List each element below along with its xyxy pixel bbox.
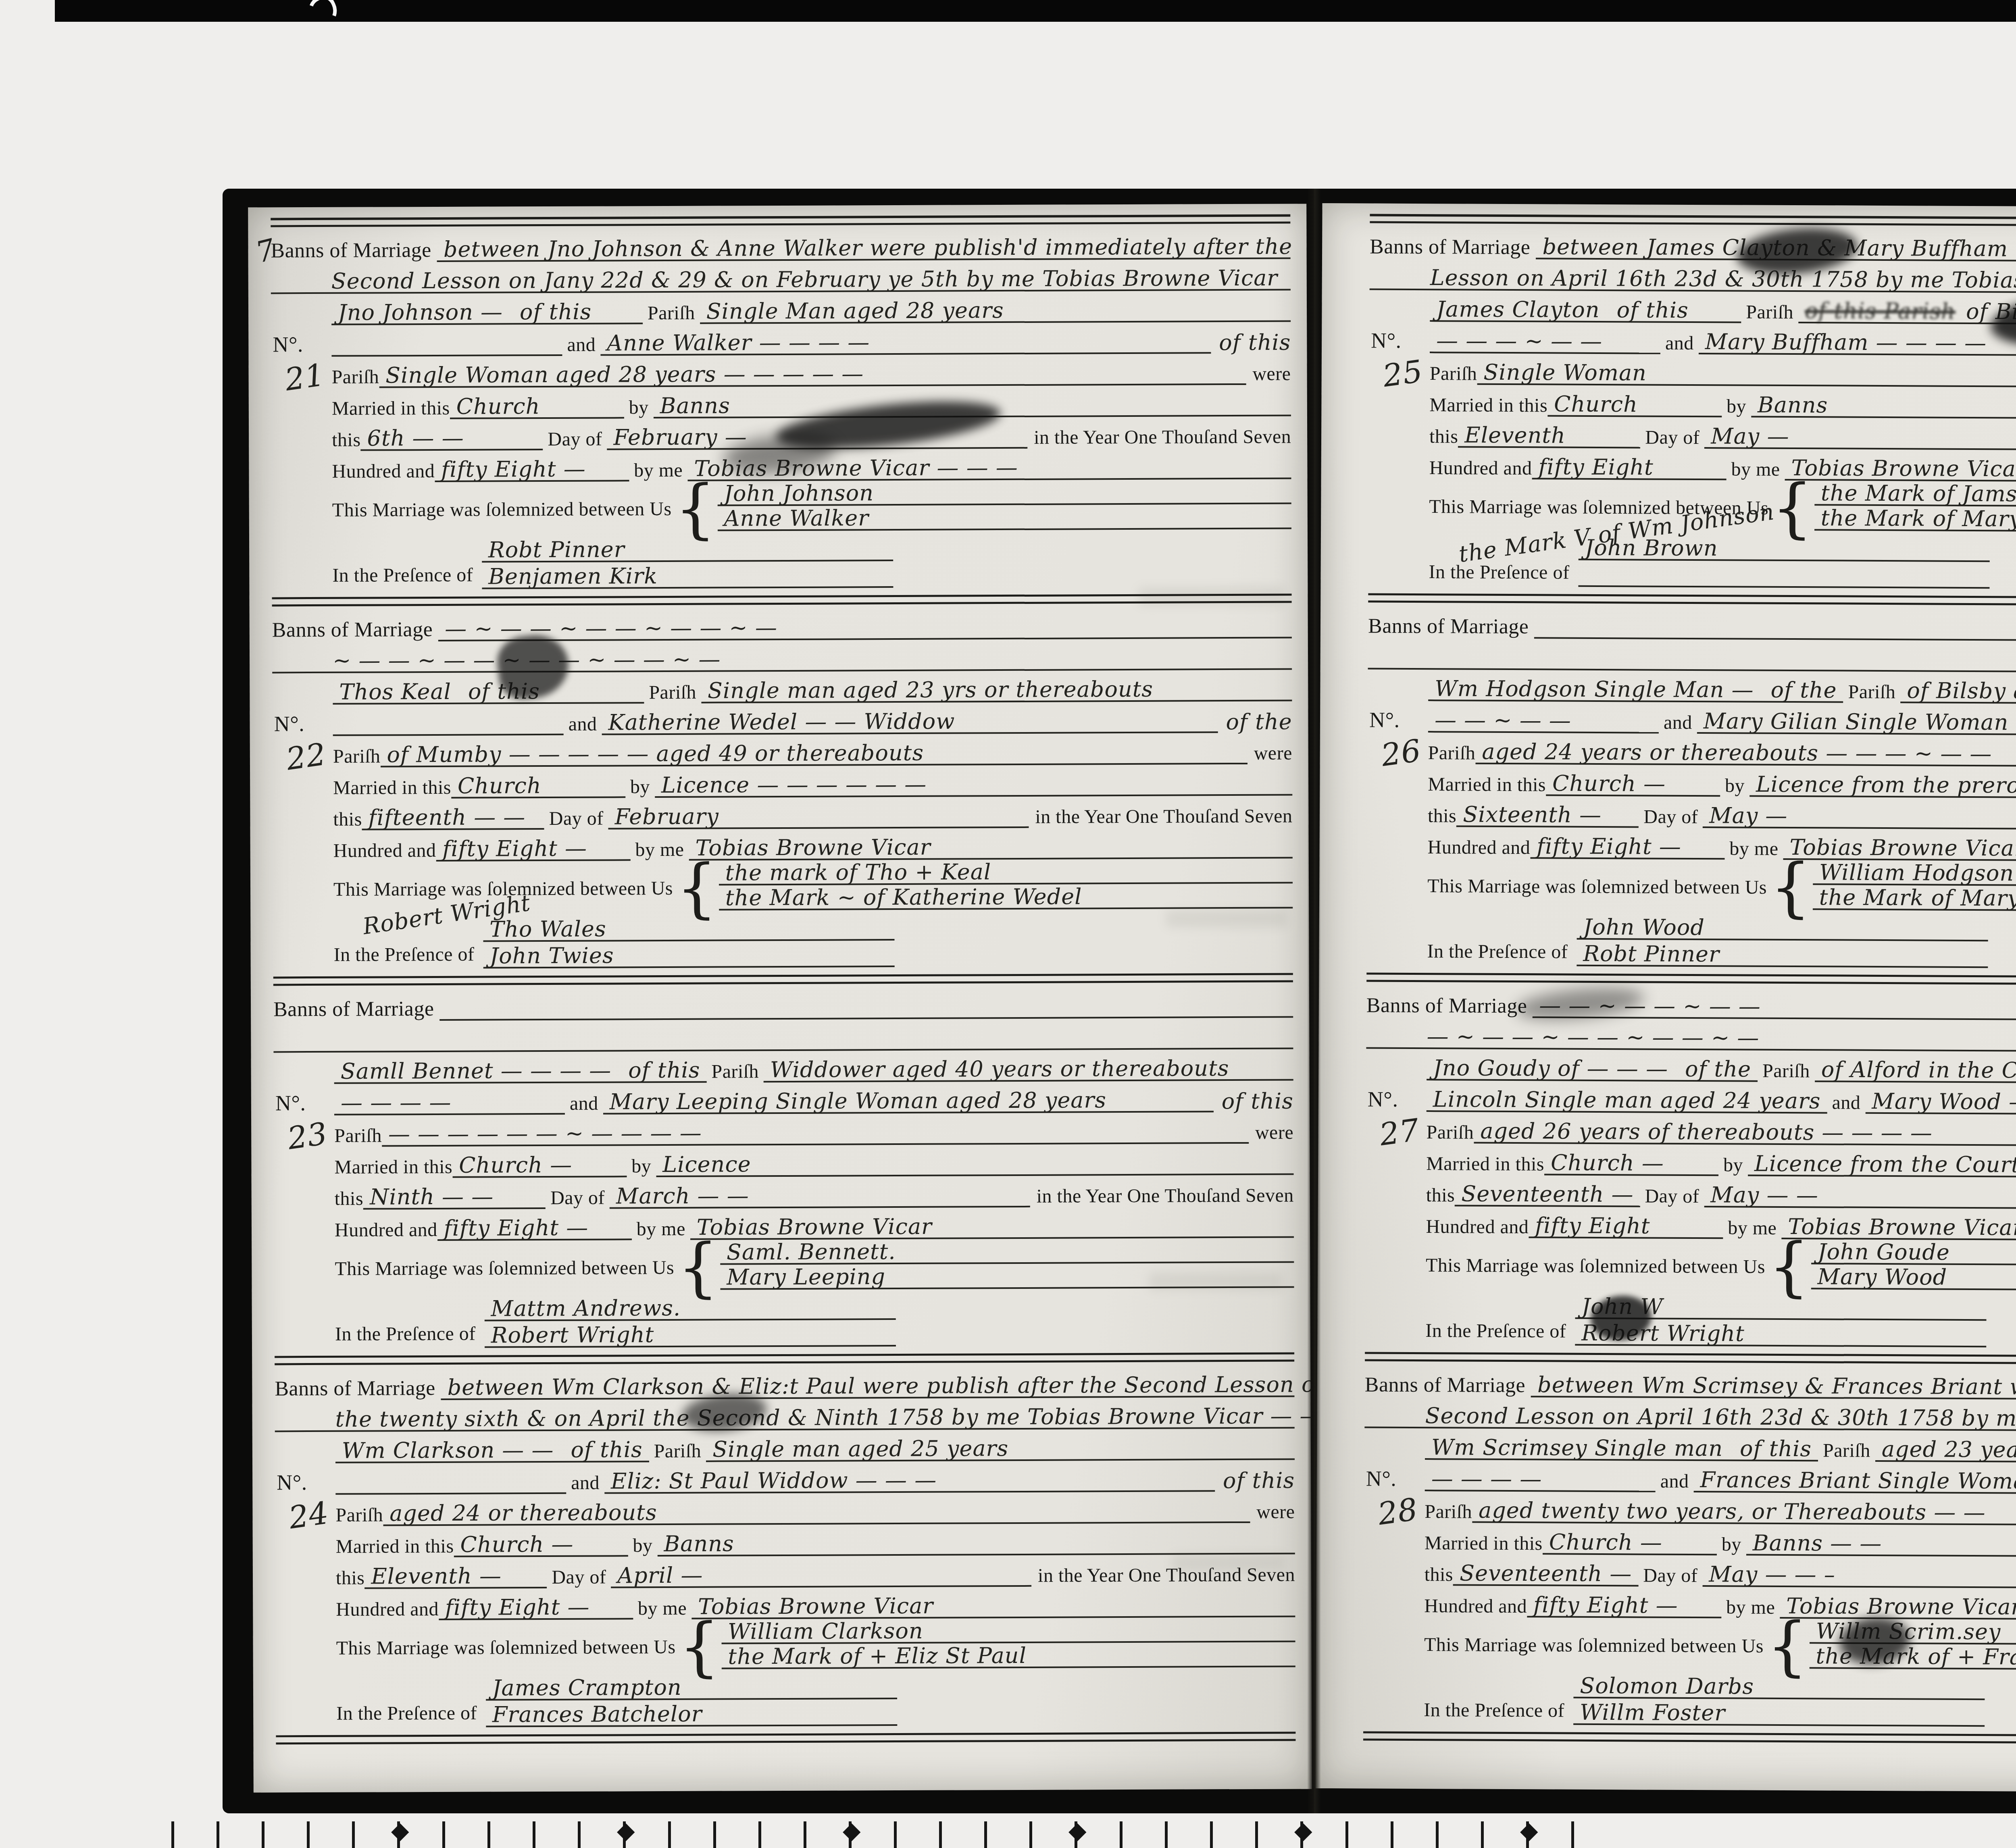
banns-of-marriage-label: Banns of Marriage <box>273 997 440 1021</box>
year-tens-line: fifty Eight — <box>1527 1592 1721 1618</box>
were-label: were <box>1246 363 1291 385</box>
parish-row: Pariſh of Mumby — — — — — aged 49 or the… <box>333 735 1292 768</box>
and-label: and <box>1659 712 1697 734</box>
parish-label: Pariſh <box>335 1504 383 1526</box>
bride-line-prefix: — — ~ — — <box>1435 707 1571 733</box>
witness-lines: Mattm Andrews. Robert Wright <box>484 1296 896 1351</box>
solemnized-label: This Marriage was ſolemnized between Us <box>335 1256 674 1280</box>
church-line: Church — <box>454 1531 628 1557</box>
solemnized-block: This Marriage was ſolemnized between Us … <box>1427 861 2016 915</box>
groom-name-line: Wm Clarkson — —of this <box>335 1437 649 1463</box>
bride-prefix-line: — — — — <box>1425 1466 1656 1492</box>
bride-name-line: Mary Wood — Single Woman <box>1865 1088 2016 1116</box>
day-row: this Seventeenth — Day of May — — – in t… <box>1425 1557 2016 1590</box>
groom-description-line: of this Parishof Bilsby Widdower <box>1798 298 2016 326</box>
witness-1-signature: James Crampton <box>492 1675 682 1701</box>
married-in-this-label: Married in this <box>1425 1532 1543 1555</box>
witness-2-row: John Twies <box>483 943 894 969</box>
groom-name-line: Wm Scrimsey Single manof this <box>1425 1434 1818 1461</box>
groom-signature: John Johnson <box>724 480 874 506</box>
year-tens-line: fifty Eight — <box>437 1215 632 1241</box>
marriage-entry: N°. 26 Banns of Marriage Wm Hodgson Sing… <box>1366 609 2016 986</box>
married-row: Married in this Church by Banns <box>332 387 1291 420</box>
page-top-rule <box>271 214 1290 227</box>
register-page-right: 8 N°. 25 Banns of Marriage between James… <box>1315 203 2016 1793</box>
this-label: this <box>1428 805 1457 827</box>
banns-row-2: ~ — — ~ — — ~ — — ~ — — ~ — <box>272 641 1292 674</box>
church-text: Church — <box>460 1532 573 1557</box>
groom-row: James Claytonof this Pariſh of this Pari… <box>1430 293 2016 326</box>
solemnized-label: This Marriage was ſolemnized between Us <box>332 497 672 521</box>
ruler-diamond-mark: ◆ <box>1068 1817 1087 1844</box>
month-text: February — <box>613 424 747 450</box>
witness-2-line: Robert Wright <box>485 1321 896 1348</box>
groom-description: Single Man aged 28 years <box>706 298 1004 324</box>
witness-1-row: Tho Wales <box>483 916 894 942</box>
this-label: this <box>336 1567 365 1589</box>
banns-line-2: the twenty sixth & on April the Second &… <box>275 1403 1295 1432</box>
witness-1-row: Mattm Andrews. <box>484 1296 896 1321</box>
vicar-signature: Tobias Browne Vicar <box>1791 455 2016 482</box>
bride-name: Eliz: St Paul Widdow — — — <box>611 1467 937 1494</box>
solemnized-block: This Marriage was ſolemnized between Us … <box>332 482 1291 535</box>
groom-signature-row: Saml. Bennett. <box>720 1240 1294 1265</box>
year-tens-line: fifty Eight <box>1532 454 1726 480</box>
hundred-row: Hundred and fifty Eight — by me Tobias B… <box>335 1209 1294 1241</box>
parish-description: aged twenty two years, or Thereabouts — … <box>1479 1498 1986 1525</box>
witness-1-signature: Mattm Andrews. <box>491 1295 681 1321</box>
entry-number-block: N°. 28 <box>1366 1466 1418 1530</box>
banns-row-2 <box>1368 640 2016 674</box>
hundred-and-label: Hundred and <box>333 839 436 862</box>
witness-2-row: Frances Batchelor <box>486 1702 897 1727</box>
entry-form-rows: Jno Goudy of — — —of the Pariſh of Alfor… <box>1425 1051 2016 1352</box>
bride-row: and Anne Walker — — — — of this <box>331 325 1291 357</box>
witness-block: In the Preſence of Mattm Andrews. Robert… <box>335 1294 1294 1351</box>
and-label: and <box>565 1093 603 1115</box>
parish-description: Single Woman aged 28 years — — — — — <box>385 361 864 388</box>
and-label: and <box>566 1472 604 1494</box>
married-in-this-label: Married in this <box>1426 1153 1544 1175</box>
solemnized-block: This Marriage was ſolemnized between Us … <box>335 1240 1294 1294</box>
married-row: Married in this Church by Licence — — — … <box>333 767 1292 799</box>
entry-separator <box>273 973 1293 986</box>
register-page-left: 7 N°. 21 Banns of Marriage between Jno J… <box>248 204 1312 1792</box>
parish-row: Pariſh aged 24 years or thereabouts — — … <box>1428 735 2016 768</box>
ruler-diamond-mark: ◆ <box>1294 1817 1312 1844</box>
witness-1-row: Robt Pinner <box>482 537 893 563</box>
hundred-row: Hundred and fifty Eight — by me Tobias B… <box>333 830 1293 862</box>
groom-description-line: of Alford in the County of <box>1815 1057 2016 1084</box>
day-text: 6th — — <box>367 425 464 451</box>
entry-number-block: N°. 22 <box>274 711 326 774</box>
entry-number-block: N°. 25 <box>1371 328 1423 391</box>
church-text: Church <box>1554 391 1638 417</box>
by-means-line: Licence from the Court of Lincoln <box>1748 1151 2016 1179</box>
brace-glyph: { <box>675 485 716 533</box>
groom-name: James Clayton <box>1436 296 1599 323</box>
bride-name-line: Frances Briant Single Woman — <box>1693 1467 2016 1495</box>
entry-number-label: N°. <box>275 1091 306 1115</box>
groom-signature-line: the mark of Tho + Keal <box>719 858 1293 886</box>
bride-signature-row: the Mark ~ of Katherine Wedel <box>719 886 1293 911</box>
parish-description-line: — — — — — — ~ — — — — <box>382 1118 1249 1147</box>
parish-description-line: aged 24 years or thereabouts — — — ~ — — <box>1475 739 2016 768</box>
entry-number-label: N°. <box>1366 1466 1397 1490</box>
bride-row: and Eliz: St Paul Widdow — — — of this <box>335 1463 1295 1495</box>
parish-label: Pariſh <box>1843 681 1901 703</box>
by-means-text: Licence <box>662 1151 751 1177</box>
by-me-label: by me <box>1723 1217 1781 1239</box>
parish-label: Pariſh <box>1426 1121 1474 1144</box>
microfilm-scan: 7 N°. 21 Banns of Marriage between Jno J… <box>0 0 2016 1848</box>
day-row: this Eleventh Day of May — in the Year O… <box>1429 418 2016 452</box>
bride-signature: the Mark of Mary + Gilian <box>1819 884 2016 911</box>
and-label: and <box>564 713 602 735</box>
year-tens-line: fifty Eight <box>1529 1213 1723 1239</box>
banns-row-1: Banns of Marriage between Wm Scrimsey & … <box>1365 1367 2016 1401</box>
year-label: in the Year One Thouſand Seven <box>1030 1184 1294 1207</box>
banns-row-2: Lesson on April 16th 23d & 30th 1758 by … <box>1370 261 2016 294</box>
witness-2-signature: John Twies <box>489 943 614 968</box>
presence-label: In the Preſence of <box>1427 940 1568 963</box>
bride-name: Mary Gilian Single Woman — <box>1704 708 2016 735</box>
by-me-label: by me <box>629 459 687 482</box>
married-in-this-label: Married in this <box>336 1535 454 1558</box>
banns-of-marriage-label: Banns of Marriage <box>1370 235 1536 259</box>
month-text: March — — <box>616 1183 749 1209</box>
month-text: May — <box>1709 803 1787 828</box>
vicar-signature: Tobias Browne Vicar <box>1789 835 2016 861</box>
banns-of-marriage-label: Banns of Marriage <box>272 618 439 642</box>
entry-number: 22 <box>284 736 328 777</box>
banns-line-1: between Wm Scrimsey & Frances Briant wer… <box>1531 1372 2016 1401</box>
witness-1-signature: John Wood <box>1583 914 1705 940</box>
parish-description-line: aged 26 years of thereabouts — — — — <box>1474 1118 2016 1148</box>
groom-description-line: Widdower aged 40 years or thereabouts <box>764 1055 1293 1083</box>
bride-signature-row: the Mark of + Francis Briant <box>1809 1646 2016 1671</box>
church-line: Church <box>1547 391 1722 417</box>
parish-label: Pariſh <box>334 1124 382 1147</box>
solemnized-lines: William Clarkson the Mark of + Eliz St P… <box>721 1620 1295 1672</box>
witness-2-line: Willm Foster <box>1573 1700 1985 1727</box>
groom-signature: John Goude <box>1818 1239 1950 1265</box>
groom-signature: William Hodgson <box>1819 859 2014 886</box>
day-of-label: Day of <box>544 807 608 830</box>
entries-column-right: N°. 25 Banns of Marriage between James C… <box>1363 229 2016 1745</box>
entry-separator <box>1368 593 2016 607</box>
groom-name: Jno Johnson — <box>338 299 503 325</box>
groom-of-word: of this <box>628 1057 700 1083</box>
groom-signature-row: William Clarkson <box>721 1620 1295 1644</box>
vicar-signature: Tobias Browne Vicar — — <box>1788 1214 2016 1240</box>
banns-line-2: — ~ — — ~ — — ~ — — ~ — <box>1366 1023 2016 1053</box>
bride-row: — — ~ — — and Mary Gilian Single Woman —… <box>1428 703 2016 737</box>
year-tens-text: fifty Eight — <box>441 456 586 482</box>
hundred-and-label: Hundred and <box>1428 836 1531 859</box>
witness-2-row: Benjamen Kirk <box>482 564 893 589</box>
bride-name-line: Mary Buffham — — — — <box>1699 329 2016 357</box>
groom-row: Thos Kealof this Pariſh Single man aged … <box>333 672 1292 705</box>
bride-name-line: Eliz: St Paul Widdow — — — <box>604 1466 1215 1494</box>
entry-separator <box>1365 1352 2016 1365</box>
church-text: Church — <box>1552 770 1666 796</box>
solemnized-label: This Marriage was ſolemnized between Us <box>1426 1254 1765 1278</box>
bride-signature-line: Anne Walker <box>717 504 1291 531</box>
church-line: Church <box>451 772 625 799</box>
presence-label: In the Preſence of <box>335 1323 476 1345</box>
witness-1-row: James Crampton <box>486 1675 897 1701</box>
groom-signature-row: John Goude <box>1811 1242 2016 1267</box>
bride-line-prefix: Lincoln Single man aged 24 years <box>1433 1086 1821 1113</box>
bride-signature-line: the Mark of Mary + Buffham <box>1814 505 2016 533</box>
were-label: were <box>1250 1501 1295 1523</box>
witness-1-line: Solomon Darbs <box>1573 1673 1985 1700</box>
entry-separator <box>1363 1731 2016 1745</box>
solemnized-label: This Marriage was ſolemnized between Us <box>1424 1634 1764 1657</box>
month-text: May — <box>1711 423 1789 449</box>
vicar-line: Tobias Browne Vicar <box>691 1592 1295 1619</box>
banns-row-1: Banns of Marriage — — ~ — — ~ — — <box>1366 988 2016 1022</box>
church-line: Church — <box>1544 1150 1718 1176</box>
entry-number-label: N°. <box>1368 1087 1398 1111</box>
parish-label: Pariſh <box>1425 1500 1472 1523</box>
church-text: Church <box>456 393 540 419</box>
parish-description: aged 24 years or thereabouts — — — ~ — — <box>1482 739 1992 767</box>
entry-number-label: N°. <box>1371 328 1402 352</box>
hundred-and-label: Hundred and <box>336 1598 439 1621</box>
vicar-signature: Tobias Browne Vicar <box>695 835 931 861</box>
bride-name-line: Mary Gilian Single Woman — <box>1697 708 2016 737</box>
church-line: Church — <box>1546 770 1720 797</box>
bride-signature: the Mark ~ of Katherine Wedel <box>725 884 1082 910</box>
entry-form-rows: Wm Clarkson — —of this Pariſh Single man… <box>335 1431 1296 1730</box>
witness-2-row: Willm Foster <box>1573 1701 1985 1727</box>
and-label: and <box>1660 332 1699 354</box>
witness-1-signature: Tho Wales <box>489 916 606 942</box>
groom-row: Wm Scrimsey Single manof this Pariſh age… <box>1425 1431 2016 1464</box>
solemnized-block: This Marriage was ſolemnized between Us … <box>1426 1240 2016 1294</box>
hundred-and-label: Hundred and <box>1429 457 1532 479</box>
presence-label: In the Preſence of <box>1424 1699 1564 1722</box>
brace-glyph: { <box>1768 1242 1810 1291</box>
page-right-content: N°. 25 Banns of Marriage between James C… <box>1316 203 2016 1745</box>
by-means-text: Banns <box>1758 392 1828 418</box>
day-line: fifteenth — — <box>362 804 544 830</box>
presence-label: In the Preſence of <box>336 1702 477 1725</box>
entry-form-rows: Thos Kealof this Pariſh Single man aged … <box>333 672 1293 972</box>
banns-text-2: the twenty sixth & on April the Second &… <box>335 1403 1312 1432</box>
entry-separator <box>275 1353 1294 1365</box>
groom-signature-row: the mark of Tho + Keal <box>719 861 1293 886</box>
entry-number-block: N°. 27 <box>1367 1086 1419 1150</box>
groom-of-word: of this <box>1616 297 1688 323</box>
groom-description-line: Single Man aged 28 years <box>700 297 1291 324</box>
groom-of-word: of the <box>1685 1056 1751 1082</box>
brace-glyph: { <box>1770 863 1811 912</box>
by-means-text: Licence — — — — — — <box>661 772 927 798</box>
entry-number-block: N°. 24 <box>277 1470 329 1533</box>
banns-text-1: between Jno Johnson & Anne Walker were p… <box>444 234 1293 262</box>
witness-1-row: John Wood <box>1577 916 1988 941</box>
bride-signature: Mary Wood <box>1818 1264 1947 1290</box>
witness-block: In the Preſence of John W Robert Wright <box>1425 1294 2016 1352</box>
presence-label: In the Preſence of <box>334 943 475 966</box>
groom-row: Jno Johnson —of this Pariſh Single Man a… <box>331 293 1291 325</box>
groom-name-line: Jno Goudy of — — —of the <box>1427 1055 1758 1082</box>
married-in-this-label: Married in this <box>333 776 451 799</box>
brace-glyph: { <box>676 864 717 912</box>
bride-signature: Mary Leeping <box>727 1264 885 1290</box>
groom-name-line: Wm Hodgson Single Man —of the <box>1428 676 1843 703</box>
bride-row: — — — — and Frances Briant Single Woman … <box>1425 1462 2016 1496</box>
by-label: by <box>1718 1154 1748 1176</box>
church-text: Church — <box>1549 1529 1662 1555</box>
page-left-content: N°. 21 Banns of Marriage between Jno Joh… <box>248 204 1312 1744</box>
and-label: and <box>562 334 600 356</box>
witness-block: In the Preſence of the Mark V of Wm John… <box>1429 535 2016 593</box>
bride-line-prefix: — — — ~ — — <box>1436 328 1602 354</box>
groom-signature-line: the Mark of Jams + Clayton <box>1814 480 2016 508</box>
groom-signature-row: John Johnson <box>717 482 1291 506</box>
bride-name: Mary Buffham — — — — <box>1705 329 1987 356</box>
parish-description-line: Single Woman aged 28 years — — — — — <box>379 360 1246 388</box>
year-tens-text: fifty Eight — <box>1537 833 1681 859</box>
marriage-entry: N°. 21 Banns of Marriage between Jno Joh… <box>271 230 1291 607</box>
year-tens-text: fifty Eight — <box>445 1594 590 1620</box>
married-row: Married in this Church — by Licence <box>334 1146 1293 1178</box>
bride-signature: the Mark of Mary + Buffham <box>1821 505 2016 532</box>
vicar-signature: Tobias Browne Vicar <box>698 1593 933 1619</box>
banns-row-1: Banns of Marriage <box>273 989 1293 1022</box>
witness-2-signature: Robert Wright <box>491 1322 654 1348</box>
bride-signature-line: the Mark of Mary + Gilian <box>1813 884 2016 912</box>
year-label: in the Year One Thouſand Seven <box>1027 426 1291 449</box>
entry-number-block: N°. 26 <box>1369 707 1421 771</box>
entry-number: 28 <box>1376 1491 1420 1532</box>
witness-2-line: Robt Pinner <box>1577 941 1988 968</box>
day-text: Sixteenth — <box>1463 801 1602 827</box>
parish-description-line: Single Woman <box>1477 360 2016 389</box>
entry-form-rows: James Claytonof this Pariſh of this Pari… <box>1429 293 2016 593</box>
married-row: Married in this Church — by Licence from… <box>1426 1146 2016 1179</box>
day-line: Seventeenth — <box>1453 1560 1639 1586</box>
bride-signature-line: Mary Leeping <box>720 1263 1294 1290</box>
film-scratch-mark <box>304 0 342 30</box>
witness-2-signature: Benjamen Kirk <box>488 563 658 589</box>
marriage-entry: N°. 25 Banns of Marriage between James C… <box>1368 229 2016 607</box>
parish-label: Pariſh <box>333 745 381 767</box>
entry-separator <box>272 594 1292 607</box>
vicar-line: Tobias Browne Vicar <box>689 833 1292 861</box>
marriage-entry: N°. 28 Banns of Marriage between Wm Scri… <box>1363 1367 2016 1745</box>
bride-prefix-line <box>333 734 564 736</box>
groom-signature: the Mark of Jams + Clayton <box>1821 480 2016 507</box>
groom-description: of Bilsby aged thirty two or thereabouts <box>1907 678 2016 705</box>
day-of-label: Day of <box>1639 805 1703 828</box>
day-line: Sixteenth — <box>1456 801 1639 828</box>
bride-prefix-line: — — ~ — — <box>1428 707 1659 733</box>
month-text: May — — <box>1710 1182 1818 1208</box>
bride-signature-row: the Mark of Mary + Buffham <box>1814 508 2016 533</box>
vicar-line: Tobias Browne Vicar <box>1780 1593 2016 1621</box>
bride-signature-line: the Mark of + Eliz St Paul <box>721 1642 1295 1669</box>
banns-row-1: Banns of Marriage <box>1368 609 2016 642</box>
were-label: were <box>1248 742 1292 764</box>
banns-row-2: the twenty sixth & on April the Second &… <box>275 1400 1294 1432</box>
parish-description: Single Woman <box>1483 360 1647 386</box>
bride-signature: Anne Walker <box>724 505 869 531</box>
entry-number-block: N°. 21 <box>273 332 325 395</box>
bride-line-prefix: — — — — <box>1431 1466 1542 1492</box>
marriage-entry: N°. 23 Banns of Marriage Samll Bennet — … <box>273 989 1294 1365</box>
bride-name: Frances Briant Single Woman — <box>1700 1467 2016 1494</box>
witness-1-line: John Wood <box>1577 914 1988 941</box>
witness-1-line: James Crampton <box>486 1674 897 1701</box>
parish-row: Pariſh aged 26 years of thereabouts — — … <box>1426 1114 2016 1148</box>
parish-description-line: aged 24 or thereabouts <box>383 1498 1250 1526</box>
year-tens-text: fifty Eight — <box>1533 1592 1678 1618</box>
page-top-rule <box>1370 214 2016 227</box>
groom-signature-line: John Goude <box>1811 1239 2016 1267</box>
banns-row-1: Banns of Marriage between James Clayton … <box>1370 229 2016 263</box>
parish-label: Pariſh <box>332 366 379 388</box>
married-in-this-label: Married in this <box>1429 394 1547 416</box>
banns-line-1: between Wm Clarkson & Eliz:t Paul were p… <box>441 1372 1295 1400</box>
binding-crease <box>1307 189 1321 1813</box>
bride-row: — — — — and Mary Leeping Single Woman ag… <box>334 1083 1293 1115</box>
entry-form-rows: Samll Bennet — — — —of this Pariſh Widdo… <box>334 1052 1294 1351</box>
banns-of-marriage-label: Banns of Marriage <box>1366 993 1533 1018</box>
entry-form-rows: Wm Hodgson Single Man —of the Pariſh of … <box>1427 672 2016 972</box>
bride-prefix-line <box>335 1492 566 1495</box>
witness-lines: John Wood Robt Pinner <box>1577 916 1988 970</box>
bride-signature-row: Anne Walker <box>717 507 1291 531</box>
groom-description: of Alford in the County of <box>1821 1057 2016 1083</box>
witness-1-line: Robt Pinner <box>482 536 893 563</box>
groom-description-line: aged 23 years, or, Thereabouts <box>1875 1436 2016 1464</box>
brace-glyph: { <box>1767 1622 1808 1670</box>
witness-1-line: Mattm Andrews. <box>484 1294 896 1321</box>
witness-2-line: John Twies <box>483 942 894 969</box>
bride-row: — — — ~ — — and Mary Buffham — — — — of … <box>1430 324 2016 358</box>
parish-label: Pariſh <box>1430 362 1477 385</box>
parish-label: Pariſh <box>643 302 700 324</box>
groom-description-line: of Bilsby aged thirty two or thereabouts <box>1900 678 2016 705</box>
groom-row: Samll Bennet — — — —of this Pariſh Widdo… <box>334 1052 1293 1084</box>
groom-name-line: James Claytonof this <box>1430 296 1741 323</box>
entries-column-left: N°. 21 Banns of Marriage between Jno Joh… <box>271 230 1295 1745</box>
ruler-diamond-mark: ◆ <box>1520 1817 1538 1844</box>
married-in-this-label: Married in this <box>1428 773 1546 796</box>
vicar-signature: Tobias Browne Vicar <box>1786 1593 2016 1620</box>
parish-row: Pariſh aged twenty two years, or Thereab… <box>1425 1494 2016 1527</box>
bride-name: Anne Walker — — — — <box>607 329 870 356</box>
bride-name: Mary Wood — Single Woman <box>1872 1088 2016 1115</box>
month-line: May — <box>1703 803 2016 830</box>
groom-name-line: Thos Kealof this <box>333 678 644 705</box>
parish-label: Pariſh <box>1741 301 1798 323</box>
witness-1-signature: Solomon Darbs <box>1580 1673 1754 1699</box>
banns-row-1: Banns of Marriage between Jno Johnson & … <box>271 230 1290 263</box>
of-this-text: of this <box>1215 1468 1295 1494</box>
banns-of-marriage-label: Banns of Marriage <box>1365 1373 1531 1397</box>
banns-text-2: Second Lesson on April 16th 23d & 30th 1… <box>1425 1403 2016 1432</box>
bride-row: and Katherine Wedel — — Widdow of the <box>333 704 1292 736</box>
day-of-label: Day of <box>1638 1564 1702 1587</box>
bride-name-line: Mary Leeping Single Woman aged 28 years <box>603 1087 1214 1114</box>
hundred-and-label: Hundred and <box>332 460 435 483</box>
